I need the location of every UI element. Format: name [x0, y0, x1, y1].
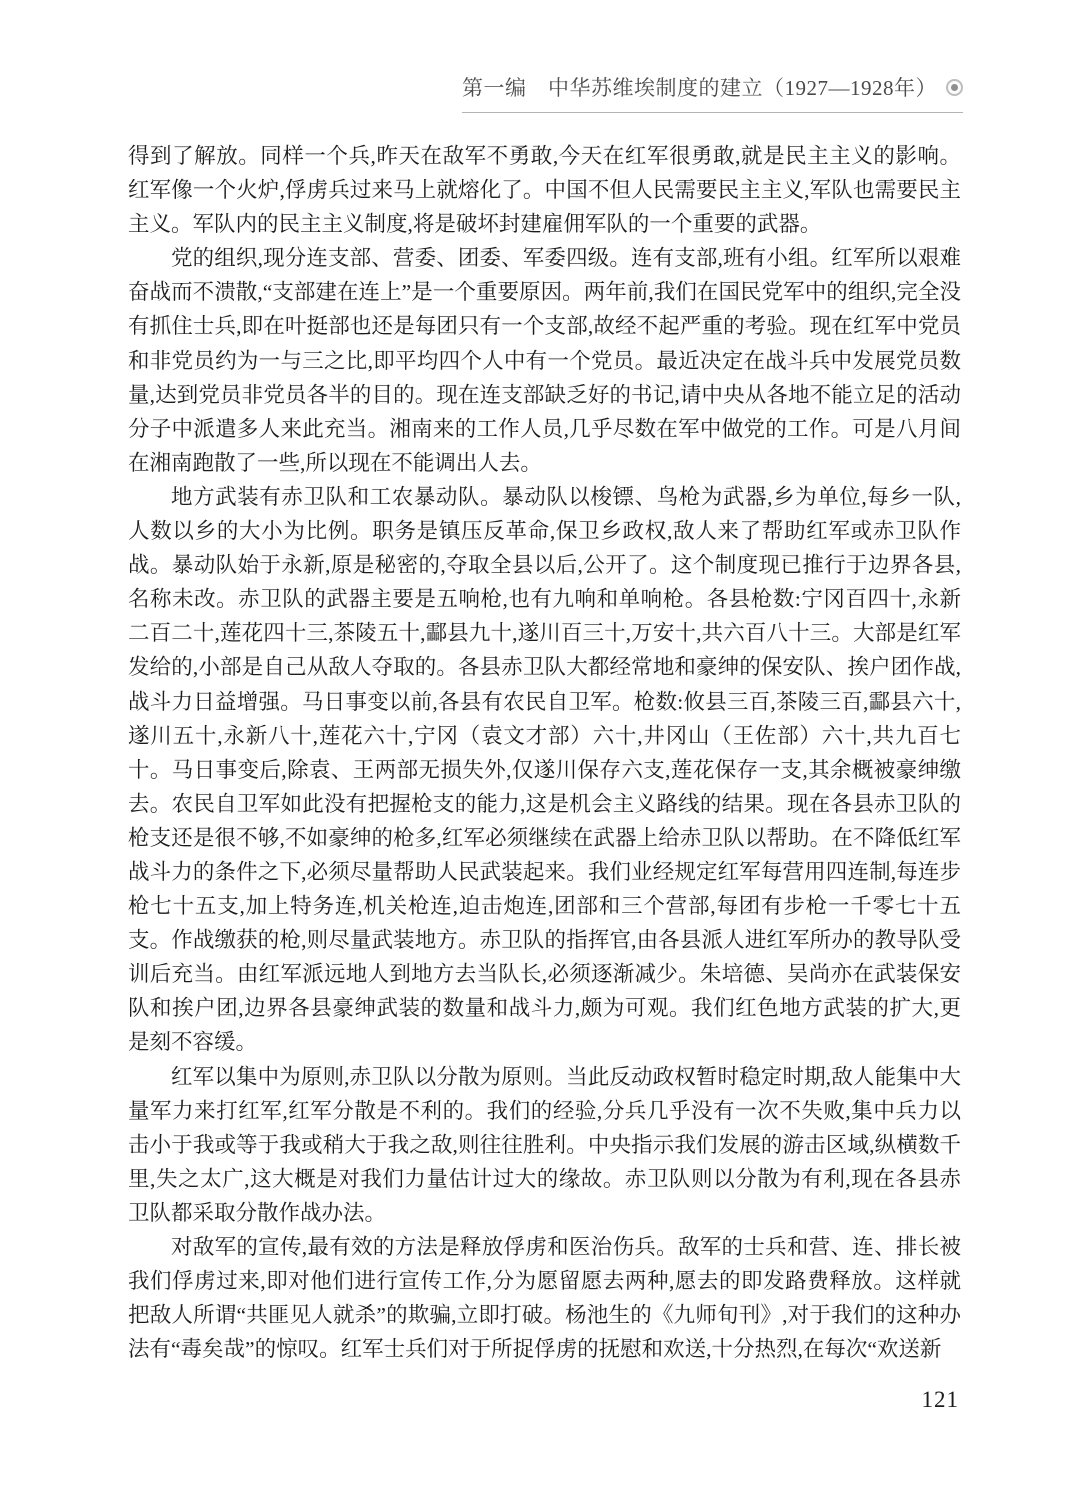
page-number: 121	[922, 1387, 960, 1413]
book-page: 第一编 中华苏维埃制度的建立（1927—1928年） 得到了解放。同样一个兵,昨…	[0, 0, 1083, 1508]
paragraph: 红军以集中为原则,赤卫队以分散为原则。当此反动政权暂时稳定时期,敌人能集中大量军…	[128, 1060, 961, 1230]
running-head: 第一编 中华苏维埃制度的建立（1927—1928年）	[462, 72, 963, 113]
running-head-title: 第一编 中华苏维埃制度的建立（1927—1928年）	[462, 72, 937, 102]
paragraph: 对敌军的宣传,最有效的方法是释放俘虏和医治伤兵。敌军的士兵和营、连、排长被我们俘…	[128, 1230, 961, 1366]
paragraph: 地方武装有赤卫队和工农暴动队。暴动队以梭镖、鸟枪为武器,乡为单位,每乡一队,人数…	[128, 480, 961, 1060]
paragraph: 党的组织,现分连支部、营委、团委、军委四级。连有支部,班有小组。红军所以艰难奋战…	[128, 241, 961, 480]
target-circle-dot	[951, 84, 958, 91]
target-circle-icon	[946, 79, 963, 96]
body-text: 得到了解放。同样一个兵,昨天在敌军不勇敢,今天在红军很勇敢,就是民主主义的影响。…	[128, 139, 961, 1366]
paragraph: 得到了解放。同样一个兵,昨天在敌军不勇敢,今天在红军很勇敢,就是民主主义的影响。…	[128, 139, 961, 241]
